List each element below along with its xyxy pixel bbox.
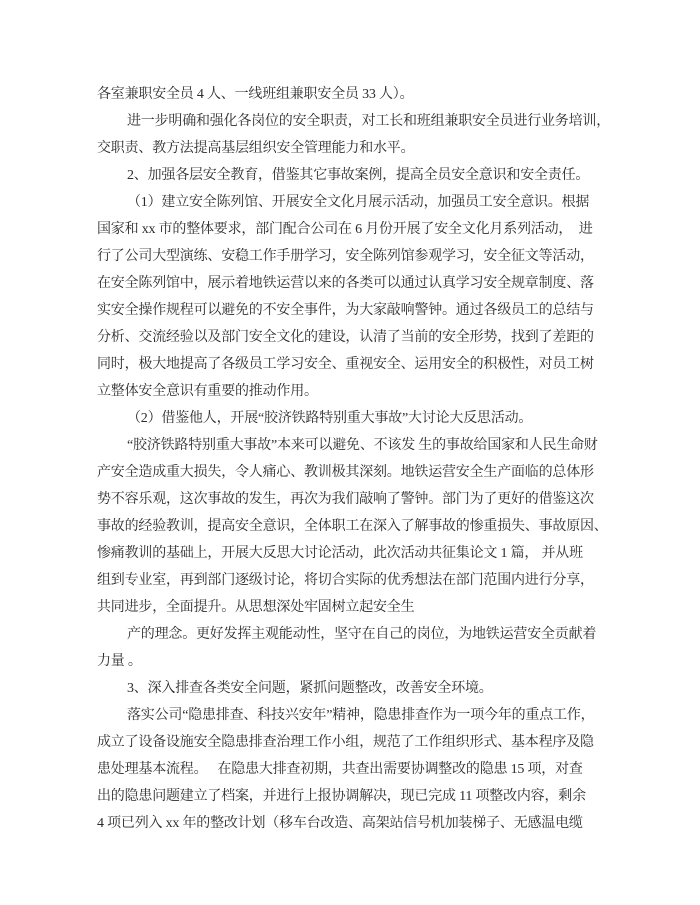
text-line: 进一步明确和强化各岗位的安全职责，对工长和班组兼职安全员进行业务培训， bbox=[97, 108, 613, 135]
text-line: 实安全操作规程可以避免的不安全事件，为大家敲响警钟。通过各级员工的总结与 bbox=[97, 297, 613, 324]
text-line: 4 项已列入 xx 年的整改计划（移车台改造、高架站信号机加装梯子、无感温电缆 bbox=[97, 810, 613, 837]
text-line: 分析、交流经验以及部门安全文化的建设，认清了当前的安全形势，找到了差距的 bbox=[97, 324, 613, 351]
text-line: （2）借鉴他人，开展“胶济铁路特别重大事故”大讨论大反思活动。 bbox=[97, 405, 613, 432]
text-line: 势不容乐观，这次事故的发生，再次为我们敲响了警钟。部门为了更好的借鉴这次 bbox=[97, 486, 613, 513]
document-page: 各室兼职安全员 4 人、一线班组兼职安全员 33 人）。进一步明确和强化各岗位的… bbox=[0, 0, 700, 905]
text-line: 事故的经验教训，提高安全意识，全体职工在深入了解事故的惨重损失、事故原因、 bbox=[97, 513, 613, 540]
text-line: 组到专业室，再到部门逐级讨论，将切合实际的优秀想法在部门范围内进行分享， bbox=[97, 567, 613, 594]
text-line: 落实公司“隐患排查、科技兴安年”精神，隐患排查作为一项今年的重点工作， bbox=[97, 702, 613, 729]
document-body: 各室兼职安全员 4 人、一线班组兼职安全员 33 人）。进一步明确和强化各岗位的… bbox=[97, 81, 613, 837]
text-line: 力量 。 bbox=[97, 648, 613, 675]
text-line: 2、加强各层安全教育，借鉴其它事故案例，提高全员安全意识和安全责任。 bbox=[97, 162, 613, 189]
text-line: 共同进步，全面提升。从思想深处牢固树立起安全生 bbox=[97, 594, 613, 621]
text-line: （1）建立安全陈列馆、开展安全文化月展示活动，加强员工安全意识。根据 bbox=[97, 189, 613, 216]
text-line: 国家和 xx 市的整体要求，部门配合公司在 6 月份开展了安全文化月系列活动， … bbox=[97, 216, 613, 243]
text-line: 产安全造成重大损失，令人痛心、教训极其深刻。地铁运营安全生产面临的总体形 bbox=[97, 459, 613, 486]
text-line: 产的理念。更好发挥主观能动性，坚守在自己的岗位，为地铁运营安全贡献着 bbox=[97, 621, 613, 648]
text-line: 各室兼职安全员 4 人、一线班组兼职安全员 33 人）。 bbox=[97, 81, 613, 108]
text-line: 患处理基本流程。 在隐患大排查初期，共查出需要协调整改的隐患 15 项，对查 bbox=[97, 756, 613, 783]
text-line: 立整体安全意识有重要的推动作用。 bbox=[97, 378, 613, 405]
text-line: “胶济铁路特别重大事故”本来可以避免、不该发 生的事故给国家和人民生命财 bbox=[97, 432, 613, 459]
text-line: 出的隐患问题建立了档案，并进行上报协调解决，现已完成 11 项整改内容，剩余 bbox=[97, 783, 613, 810]
text-line: 3、深入排查各类安全问题，紧抓问题整改，改善安全环境。 bbox=[97, 675, 613, 702]
text-line: 同时，极大地提高了各级员工学习安全、重视安全、运用安全的积极性，对员工树 bbox=[97, 351, 613, 378]
text-line: 交职责、教方法提高基层组织安全管理能力和水平。 bbox=[97, 135, 613, 162]
text-line: 在安全陈列馆中，展示着地铁运营以来的各类可以通过认真学习安全规章制度、落 bbox=[97, 270, 613, 297]
text-line: 成立了设备设施安全隐患排查治理工作小组，规范了工作组织形式、基本程序及隐 bbox=[97, 729, 613, 756]
text-line: 惨痛教训的基础上，开展大反思大讨论活动，此次活动共征集论文 1 篇， 并从班 bbox=[97, 540, 613, 567]
text-line: 行了公司大型演练、安稳工作手册学习，安全陈列馆参观学习，安全征文等活动， bbox=[97, 243, 613, 270]
